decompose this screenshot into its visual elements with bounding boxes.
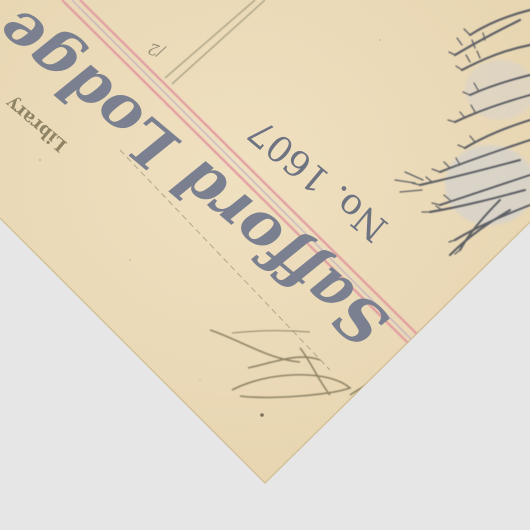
document-photo: /2 Safford Lodge Library No. 1607 <box>0 0 530 530</box>
photo-scene: /2 Safford Lodge Library No. 1607 <box>0 0 530 530</box>
